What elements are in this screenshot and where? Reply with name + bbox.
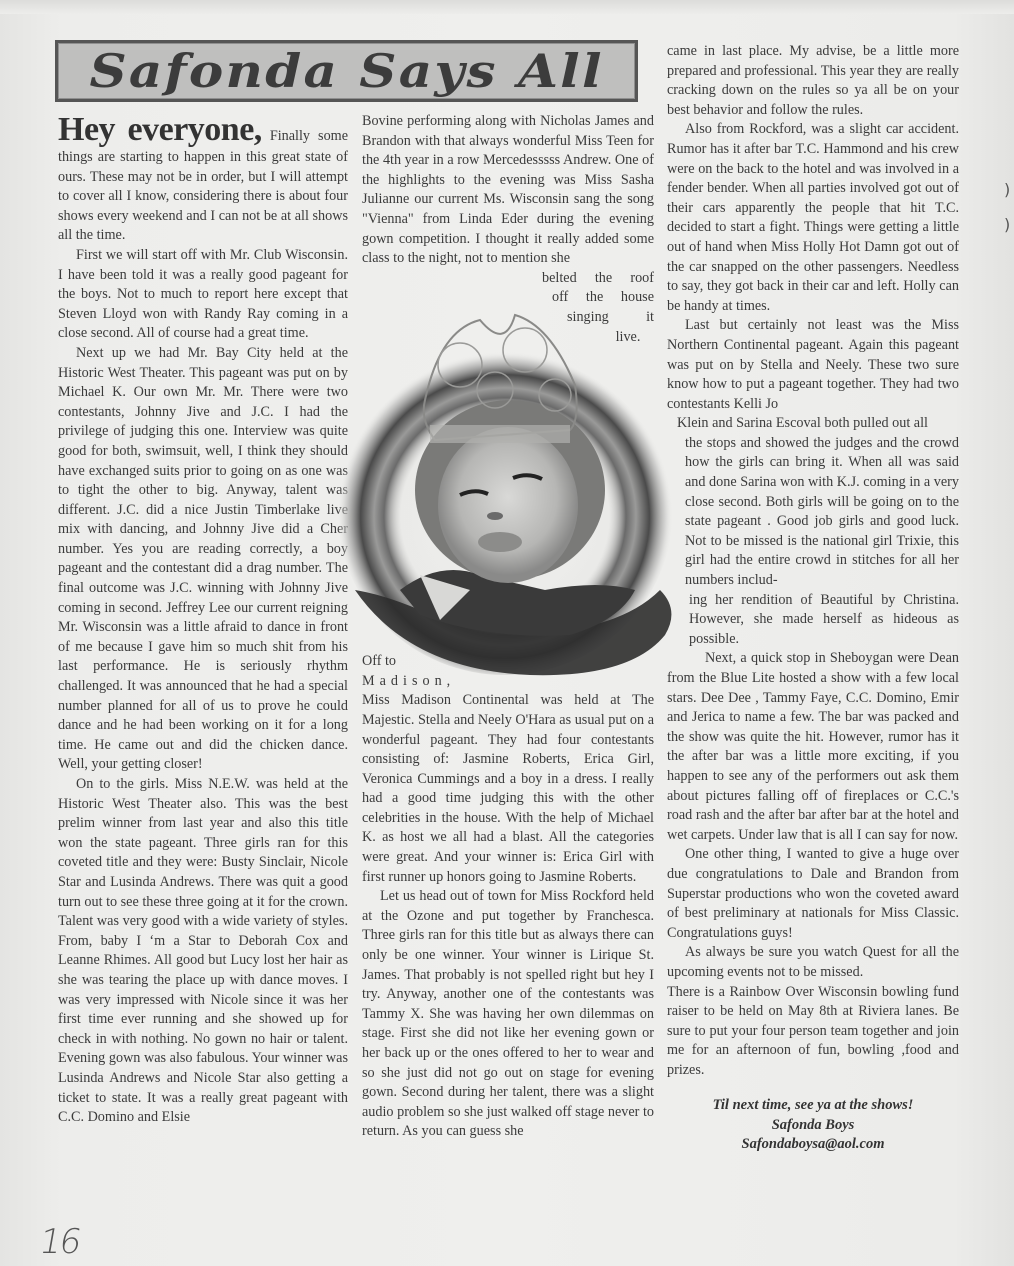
tail-line: live. bbox=[542, 328, 654, 348]
tail-line: off the house bbox=[542, 288, 654, 308]
paragraph-wrap-block: ing her rendition of Beautiful by Christ… bbox=[667, 591, 959, 650]
tail-line: belted the roof bbox=[542, 269, 654, 289]
subhead-off-to: Off to bbox=[362, 652, 654, 672]
paragraph-continued: Bovine performing along with Nicholas Ja… bbox=[362, 112, 654, 269]
paragraph-mr-club-wisconsin: First we will start off with Mr. Club Wi… bbox=[58, 246, 348, 344]
signoff: Til next time, see ya at the shows! Safo… bbox=[667, 1096, 959, 1155]
magazine-page: Safonda Says All Hey everyone, Finally s… bbox=[0, 0, 1014, 1266]
masthead-title: Safonda Says All bbox=[89, 48, 603, 94]
paragraph-continued: came in last place. My advise, be a litt… bbox=[667, 42, 959, 120]
article-column-2: Bovine performing along with Nicholas Ja… bbox=[362, 112, 654, 1142]
column2-upper-text: Bovine performing along with Nicholas Ja… bbox=[362, 112, 654, 269]
edge-mark: ) bbox=[1004, 180, 1010, 199]
paragraph-wrap-line: Klein and Sarina Escoval both pulled out… bbox=[667, 414, 959, 434]
page-edge-shadow bbox=[0, 0, 1014, 14]
tail-line: singing it bbox=[542, 308, 654, 328]
article-column-1: Hey everyone, Finally some things are st… bbox=[58, 112, 348, 1128]
paragraph-sheboygan: Next, a quick stop in Sheboygan were Dea… bbox=[667, 649, 959, 845]
paragraph-mr-bay-city: Next up we had Mr. Bay City held at the … bbox=[58, 344, 348, 775]
paragraph-miss-madison: Miss Madison Continental was held at The… bbox=[362, 691, 654, 887]
paragraph-congratulations: One other thing, I wanted to give a huge… bbox=[667, 845, 959, 943]
paragraph-miss-northern-continental: Last but certainly not least was the Mis… bbox=[667, 316, 959, 414]
paragraph-car-accident: Also from Rockford, was a slight car acc… bbox=[667, 120, 959, 316]
paragraph-miss-new: On to the girls. Miss N.E.W. was held at… bbox=[58, 775, 348, 1128]
edge-mark: ) bbox=[1004, 215, 1010, 234]
photo-spacer bbox=[362, 347, 654, 652]
page-number: 16 bbox=[36, 1222, 82, 1262]
paragraph-quest: As always be sure you watch Quest for al… bbox=[667, 943, 959, 982]
signoff-email: Safondaboysa@aol.com bbox=[667, 1135, 959, 1155]
subhead-madison: Madison, bbox=[362, 672, 654, 692]
signoff-author: Safonda Boys bbox=[667, 1116, 959, 1136]
wrapped-text-tail: belted the roof off the house singing it… bbox=[362, 269, 654, 347]
paragraph-miss-rockford: Let us head out of town for Miss Rockfor… bbox=[362, 887, 654, 1142]
opening-paragraph: Hey everyone, Finally some things are st… bbox=[58, 112, 348, 246]
paragraph-bowling: There is a Rainbow Over Wisconsin bowlin… bbox=[667, 983, 959, 1081]
article-column-3: came in last place. My advise, be a litt… bbox=[667, 42, 959, 1155]
signoff-line: Til next time, see ya at the shows! bbox=[667, 1096, 959, 1116]
column-masthead: Safonda Says All bbox=[55, 40, 638, 102]
paragraph-wrap-block: the stops and showed the judges and the … bbox=[667, 434, 959, 591]
greeting-headline: Hey everyone, bbox=[58, 111, 262, 148]
